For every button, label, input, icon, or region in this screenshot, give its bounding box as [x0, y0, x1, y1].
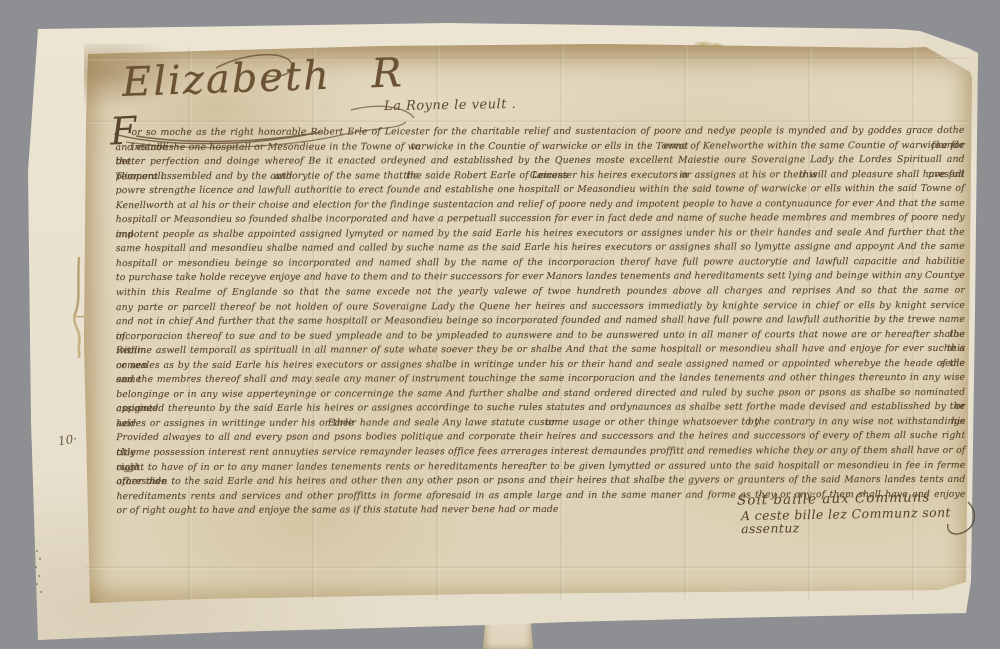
fold-crease — [86, 566, 970, 570]
faint-ink-mark — [694, 40, 724, 48]
punch-hole — [35, 566, 37, 568]
marginal-number: 10· — [57, 433, 78, 448]
manuscript-line: within this Realme of Englande so that t… — [116, 284, 965, 301]
royal-signature-text: Elizabeth R — [121, 53, 404, 103]
endorsement-flourish — [938, 500, 978, 544]
punch-hole — [36, 550, 38, 552]
manuscript-line: clayme possession interest rent annuytie… — [116, 444, 965, 461]
binding-thread — [66, 256, 96, 358]
punch-hole — [40, 591, 42, 593]
punch-hole — [38, 575, 40, 577]
royal-assent-formula: La Royne le veult . — [384, 98, 516, 115]
act-body-text: or so moche as the right honorable Rober… — [115, 124, 965, 519]
photograph-of-parchment-act: { "document": { "kind": "Engrossed parli… — [0, 0, 1000, 649]
manuscript-line: or so moche as the right honorable Rober… — [115, 124, 964, 141]
punch-hole — [39, 558, 41, 560]
punch-hole — [36, 583, 38, 585]
